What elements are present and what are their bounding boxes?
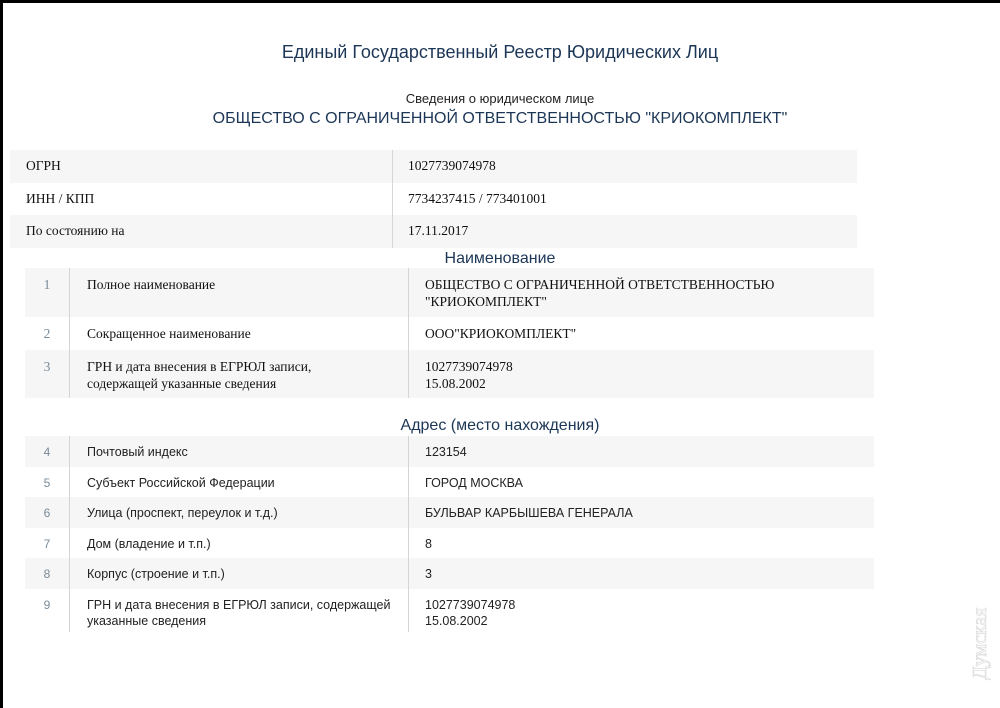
table-row: 6 Улица (проспект, переулок и т.д.) БУЛЬ… [25, 497, 874, 528]
value-line: ОБЩЕСТВО С ОГРАНИЧЕННОЙ ОТВЕТСТВЕННОСТЬЮ [425, 277, 774, 294]
row-value: 123154 [409, 436, 467, 467]
row-index: 3 [25, 350, 70, 398]
value-line: "КРИОКОМПЛЕКТ" [425, 294, 774, 311]
table-row: 5 Субъект Российской Федерации ГОРОД МОС… [25, 467, 874, 498]
label-line: указанные сведения [87, 614, 398, 630]
row-index: 8 [25, 558, 70, 589]
row-value: ООО"КРИОКОМПЛЕКТ" [409, 317, 576, 350]
name-table: 1 Полное наименование ОБЩЕСТВО С ОГРАНИЧ… [25, 268, 874, 398]
label-line: ГРН и дата внесения в ЕГРЮЛ записи, соде… [87, 598, 398, 614]
table-row: 4 Почтовый индекс 123154 [25, 436, 874, 467]
row-label: Сокращенное наименование [70, 317, 409, 350]
row-index: 5 [25, 467, 70, 498]
row-label: Корпус (строение и т.п.) [70, 558, 409, 589]
watermark-text: Думская [969, 608, 992, 680]
row-label: Полное наименование [70, 268, 409, 317]
row-index: 7 [25, 528, 70, 559]
summary-value: 7734237415 / 773401001 [393, 191, 547, 207]
label-line: содержащей указанные сведения [87, 376, 398, 393]
summary-value: 17.11.2017 [393, 223, 468, 239]
summary-row-inn-kpp: ИНН / КПП 7734237415 / 773401001 [10, 183, 857, 216]
table-row: 1 Полное наименование ОБЩЕСТВО С ОГРАНИЧ… [25, 268, 874, 317]
value-line: 1027739074978 [425, 598, 515, 614]
section-heading-address: Адрес (место нахождения) [0, 417, 1000, 435]
row-label: Субъект Российской Федерации [70, 467, 409, 498]
summary-value: 1027739074978 [393, 158, 496, 174]
summary-table: ОГРН 1027739074978 ИНН / КПП 7734237415 … [10, 150, 857, 248]
value-line: 1027739074978 [425, 359, 513, 376]
summary-row-ogrn: ОГРН 1027739074978 [10, 150, 857, 183]
row-label: ГРН и дата внесения в ЕГРЮЛ записи, соде… [70, 350, 409, 398]
row-value: 1027739074978 15.08.2002 [409, 350, 513, 398]
row-value: 8 [409, 528, 432, 559]
registry-title: Единый Государственный Реестр Юридически… [0, 42, 1000, 63]
row-label: Дом (владение и т.п.) [70, 528, 409, 559]
row-label: Почтовый индекс [70, 436, 409, 467]
document-subtitle: Сведения о юридическом лице [0, 91, 1000, 106]
row-value: БУЛЬВАР КАРБЫШЕВА ГЕНЕРАЛА [409, 497, 633, 528]
section-heading-name: Наименование [0, 250, 1000, 268]
address-table: 4 Почтовый индекс 123154 5 Субъект Росси… [25, 436, 874, 632]
row-value: ГОРОД МОСКВА [409, 467, 523, 498]
summary-label: ИНН / КПП [10, 183, 393, 216]
summary-row-date: По состоянию на 17.11.2017 [10, 215, 857, 248]
row-value: 3 [409, 558, 432, 589]
row-value: ОБЩЕСТВО С ОГРАНИЧЕННОЙ ОТВЕТСТВЕННОСТЬЮ… [409, 268, 774, 317]
row-label: Улица (проспект, переулок и т.д.) [70, 497, 409, 528]
row-label: ГРН и дата внесения в ЕГРЮЛ записи, соде… [70, 589, 409, 632]
table-row: 7 Дом (владение и т.п.) 8 [25, 528, 874, 559]
row-index: 1 [25, 268, 70, 317]
row-index: 4 [25, 436, 70, 467]
table-row: 9 ГРН и дата внесения в ЕГРЮЛ записи, со… [25, 589, 874, 632]
value-line: 15.08.2002 [425, 376, 513, 393]
table-row: 2 Сокращенное наименование ООО"КРИОКОМПЛ… [25, 317, 874, 350]
summary-label: По состоянию на [10, 215, 393, 248]
row-value: 1027739074978 15.08.2002 [409, 589, 515, 632]
row-index: 2 [25, 317, 70, 350]
summary-label: ОГРН [10, 150, 393, 183]
table-row: 3 ГРН и дата внесения в ЕГРЮЛ записи, со… [25, 350, 874, 398]
company-name: ОБЩЕСТВО С ОГРАНИЧЕННОЙ ОТВЕТСТВЕННОСТЬЮ… [0, 110, 1000, 128]
label-line: ГРН и дата внесения в ЕГРЮЛ записи, [87, 359, 398, 376]
row-index: 9 [25, 589, 70, 632]
value-line: 15.08.2002 [425, 614, 515, 630]
row-index: 6 [25, 497, 70, 528]
table-row: 8 Корпус (строение и т.п.) 3 [25, 558, 874, 589]
